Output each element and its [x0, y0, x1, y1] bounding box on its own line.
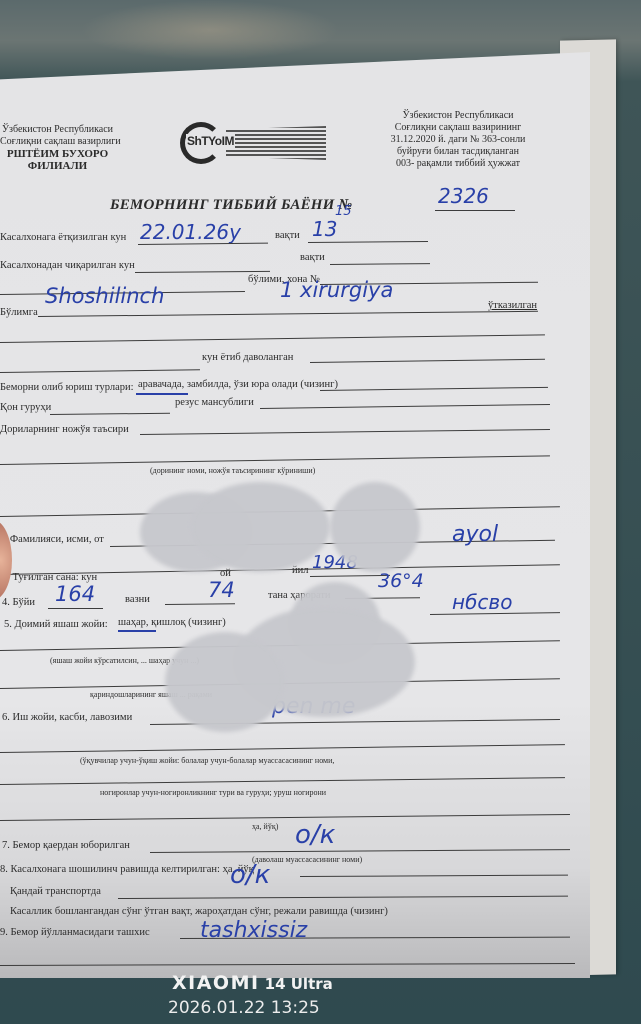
room-value: 1 xirurgiya [280, 278, 393, 302]
header-left-line-3: РШТЁИМ БУХОРО [0, 148, 115, 160]
institution-logo: ShTYoIM [180, 120, 330, 170]
blood-group-label: Қон гуруҳи [0, 402, 51, 413]
height-value: 164 [55, 582, 95, 606]
form-underline [0, 455, 550, 465]
form-underline [330, 263, 430, 265]
residence-options: шаҳар, қишлоқ (чизинг) [118, 617, 226, 628]
header-right-line-3: 31.12.2020 й. даги № 363-сонли [368, 134, 548, 146]
height-label: 4. Бўйи [2, 597, 35, 608]
referral-diagnosis-value: tashxissiz [200, 918, 307, 943]
document-title: БЕМОРНИНГ ТИББИЙ БАЁНИ № [110, 197, 352, 214]
form-underline [48, 608, 103, 609]
residence-label: 5. Доимий яшаш жойи: [4, 619, 108, 630]
watermark-model: 14 Ultra [265, 975, 333, 993]
form-underline [138, 243, 268, 245]
form-underline [308, 241, 428, 243]
discharge-date-label: Касалхонадан чиқарилган кун [0, 260, 135, 271]
form-underline [0, 777, 565, 785]
transport-types-options: аравачада, замбилда, ўзи юра олади (чизи… [138, 379, 338, 390]
admission-date-label: Касалхонага ётқизилган кун [0, 232, 126, 243]
privacy-blur [330, 482, 420, 572]
form-underline [0, 369, 200, 373]
residence-value: нбсво [452, 590, 512, 614]
privacy-blur [165, 632, 285, 732]
drug-side-effects-hint: (дорининг номи, ножўя таъсирининг кўрини… [150, 466, 315, 475]
admission-time-label: вақти [275, 230, 300, 241]
form-underline [118, 630, 156, 632]
header-right-line-5: 003- рақамли тиббий ҳужжат [368, 158, 548, 170]
transport-types-label: Беморни олиб юриш турлари: [0, 382, 134, 393]
emergency-label: 8. Касалхонага шошилинч равишда келтирил… [0, 864, 254, 875]
camera-watermark: XIAOMI 14 Ultra [172, 972, 333, 994]
full-name-value: ayol [452, 522, 498, 547]
temperature-value: 36°4 [378, 570, 424, 592]
background-glow [80, 0, 340, 60]
form-underline [320, 387, 548, 391]
department-value: Shoshilinch [45, 284, 164, 308]
weight-label: вазни [125, 594, 150, 605]
form-underline [260, 404, 550, 409]
admission-date-value: 22.01.26у [140, 220, 241, 244]
which-transport-label: Қандай транспортда [10, 886, 101, 897]
transfer-dept-label: Бўлимга [0, 307, 38, 318]
header-left: Ўзбекистон Республикаси Соғлиқни сақлаш … [0, 124, 115, 172]
referred-from-value: o/к [295, 820, 335, 850]
form-underline [165, 603, 235, 605]
form-underline [118, 896, 568, 899]
work-hint-1: (ўқувчилар учун-ўқиш жойи: болалар учун-… [80, 756, 334, 765]
yes-no-hint: ҳа, йўқ) [252, 822, 278, 831]
referred-from-label: 7. Бемор қаердан юборилган [2, 840, 130, 851]
days-treated-label: кун ётиб даволанган [202, 352, 293, 363]
form-underline [140, 429, 550, 435]
weight-value: 74 [208, 578, 235, 602]
form-underline [0, 963, 575, 966]
admission-time-value: 13 [312, 217, 337, 241]
form-underline [430, 612, 560, 615]
referral-diagnosis-label: 9. Бемор йўлланмасидаги ташхис [0, 927, 150, 938]
birth-year-label: йил [292, 565, 308, 576]
watermark-datetime: 2026.01.22 13:25 [168, 998, 320, 1018]
header-left-line-4: ФИЛИАЛИ [0, 160, 115, 172]
form-underline [0, 814, 570, 821]
drug-side-effects-label: Дориларнинг ножўя таъсири [0, 424, 129, 435]
header-right: Ўзбекистон Республикаси Соғлиқни сақлаш … [368, 110, 548, 170]
full-name-label: 1.Фамилияси, исми, от [2, 534, 104, 545]
header-right-line-1: Ўзбекистон Республикаси [368, 110, 548, 122]
admission-time-minutes: 15 [335, 204, 352, 219]
form-underline [0, 334, 545, 343]
time-since-onset-label: Касаллик бошлангандан сўнг ўтган вақт, ж… [10, 906, 388, 917]
form-underline [50, 413, 170, 415]
medical-record-page: Ўзбекистон Республикаси Соғлиқни сақлаш … [0, 52, 590, 978]
form-underline [135, 271, 270, 273]
logo-speed-lines-icon [226, 126, 326, 160]
work-label: 6. Иш жойи, касби, лавозими [2, 712, 132, 723]
privacy-blur [190, 482, 330, 572]
form-underline [435, 210, 515, 211]
watermark-brand: XIAOMI [172, 972, 260, 994]
header-right-line-2: Соғлиқни сақлаш вазирининг [368, 122, 548, 134]
form-underline [300, 875, 568, 877]
work-hint-2: ногиронлар учун-ногиронликнинг тури ва г… [100, 788, 326, 797]
rhesus-label: резус мансублиги [175, 397, 254, 408]
logo-text: ShTYoIM [186, 134, 235, 148]
header-left-line-1: Ўзбекистон Республикаси [0, 124, 115, 136]
form-underline [0, 744, 565, 753]
discharge-time-label: вақти [300, 252, 325, 263]
record-number: 2326 [438, 184, 489, 208]
form-underline [38, 311, 538, 317]
header-left-line-2: Соғлиқни сақлаш вазирлиги [0, 136, 115, 148]
form-underline [136, 393, 188, 395]
header-right-line-4: буйруғи билан тасдиқланган [368, 146, 548, 158]
transferred-label: ўтказилган [488, 300, 537, 311]
form-underline [150, 849, 570, 853]
form-underline [310, 359, 545, 363]
which-transport-value: o/к [230, 860, 270, 890]
